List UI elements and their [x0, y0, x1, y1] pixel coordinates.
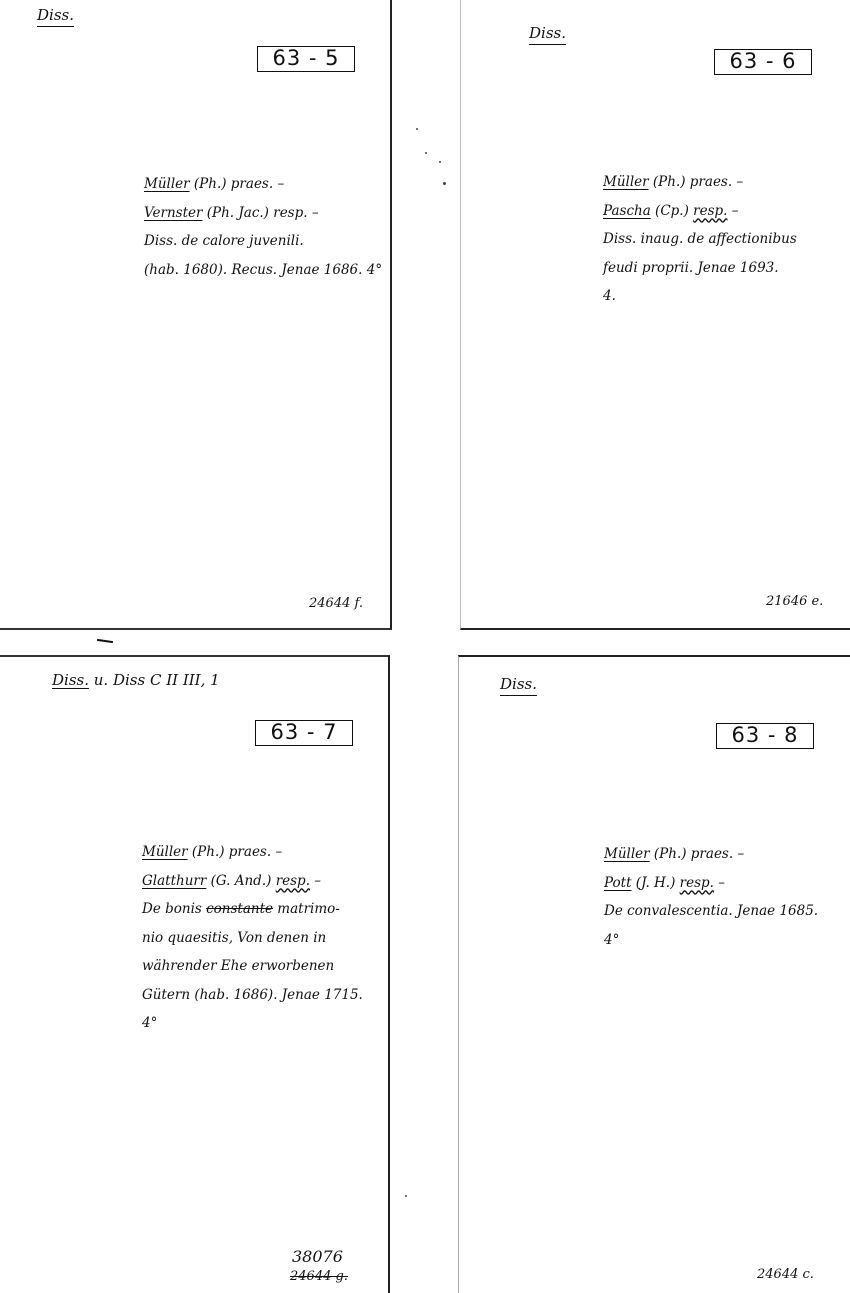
bibliographic-entry: Müller (Ph.) praes. – Glatthurr (G. And.… — [142, 838, 363, 1038]
format-line: 4° — [142, 1009, 363, 1038]
title-line: nio quaesitis, Von denen in — [142, 924, 363, 953]
scan-speck — [443, 182, 446, 185]
accession-number: 24644 f. — [309, 596, 363, 611]
praeses-line: Müller (Ph.) praes. – — [604, 840, 818, 869]
respondent-role: resp. — [680, 875, 714, 891]
category-extra: u. Diss C II III, 1 — [89, 671, 220, 689]
title-imprint-line: De convalescentia. Jenae 1685. — [604, 897, 818, 926]
imprint-line: (hab. 1680). Recus. Jenae 1686. 4° — [144, 256, 382, 285]
title-line: De bonis constante matrimo- — [142, 895, 363, 924]
format-line: 4° — [604, 926, 818, 955]
respondent-name: Glatthurr — [142, 873, 206, 889]
accession-number: 38076 — [292, 1247, 343, 1266]
title-line-german: währender Ehe erworbenen — [142, 952, 363, 981]
shelfmark-box: 63 - 5 — [257, 46, 355, 72]
respondent-line: Glatthurr (G. And.) resp. – — [142, 867, 363, 896]
scan-speck — [416, 128, 418, 130]
scan-speck — [439, 161, 441, 163]
respondent-line: Vernster (Ph. Jac.) resp. – — [144, 199, 382, 228]
respondent-line: Pott (J. H.) resp. – — [604, 869, 818, 898]
accession-number-old: 24644 g. — [290, 1269, 348, 1284]
praeses-line: Müller (Ph.) praes. – — [142, 838, 363, 867]
catalog-card-63-7: Diss. u. Diss C II III, 1 63 - 7 Müller … — [0, 655, 390, 1293]
scan-speck — [425, 152, 427, 154]
category-label: Diss. u. Diss C II III, 1 — [52, 671, 220, 691]
catalog-card-63-8: Diss. 63 - 8 Müller (Ph.) praes. – Pott … — [458, 655, 850, 1293]
bibliographic-entry: Müller (Ph.) praes. – Pott (J. H.) resp.… — [604, 840, 818, 954]
category-label: Diss. — [500, 675, 537, 696]
shelfmark-box: 63 - 6 — [714, 49, 812, 75]
respondent-name: Pott — [604, 875, 632, 891]
respondent-role: resp. — [693, 203, 727, 219]
scan-speck — [405, 1195, 407, 1197]
category-label: Diss. — [37, 6, 74, 27]
shelfmark-box: 63 - 8 — [716, 723, 814, 749]
praeses-name: Müller — [144, 176, 190, 192]
respondent-name: Pascha — [603, 203, 651, 219]
respondent-role: resp. — [276, 873, 310, 889]
accession-number: 21646 e. — [766, 594, 823, 609]
bibliographic-entry: Müller (Ph.) praes. – Pascha (Cp.) resp.… — [603, 168, 797, 311]
catalog-card-63-5: Diss. 63 - 5 Müller (Ph.) praes. – Verns… — [0, 0, 392, 630]
respondent-line: Pascha (Cp.) resp. – — [603, 197, 797, 226]
bibliographic-entry: Müller (Ph.) praes. – Vernster (Ph. Jac.… — [144, 170, 382, 284]
praeses-name: Müller — [603, 174, 649, 190]
praeses-name: Müller — [142, 844, 188, 860]
praeses-line: Müller (Ph.) praes. – — [144, 170, 382, 199]
struck-word: constante — [206, 901, 273, 917]
title-line: Diss. de calore juvenili. — [144, 227, 382, 256]
praeses-name: Müller — [604, 846, 650, 862]
imprint-line: Gütern (hab. 1686). Jenae 1715. — [142, 981, 363, 1010]
shelfmark-box: 63 - 7 — [255, 720, 353, 746]
format-line: 4. — [603, 282, 797, 311]
catalog-card-63-6: Diss. 63 - 6 Müller (Ph.) praes. – Pasch… — [460, 0, 850, 630]
imprint-line: feudi proprii. Jenae 1693. — [603, 254, 797, 283]
praeses-line: Müller (Ph.) praes. – — [603, 168, 797, 197]
stray-pen-mark — [97, 639, 113, 643]
category-label: Diss. — [529, 24, 566, 45]
respondent-name: Vernster — [144, 205, 202, 221]
title-line: Diss. inaug. de affectionibus — [603, 225, 797, 254]
accession-number: 24644 c. — [757, 1267, 814, 1282]
